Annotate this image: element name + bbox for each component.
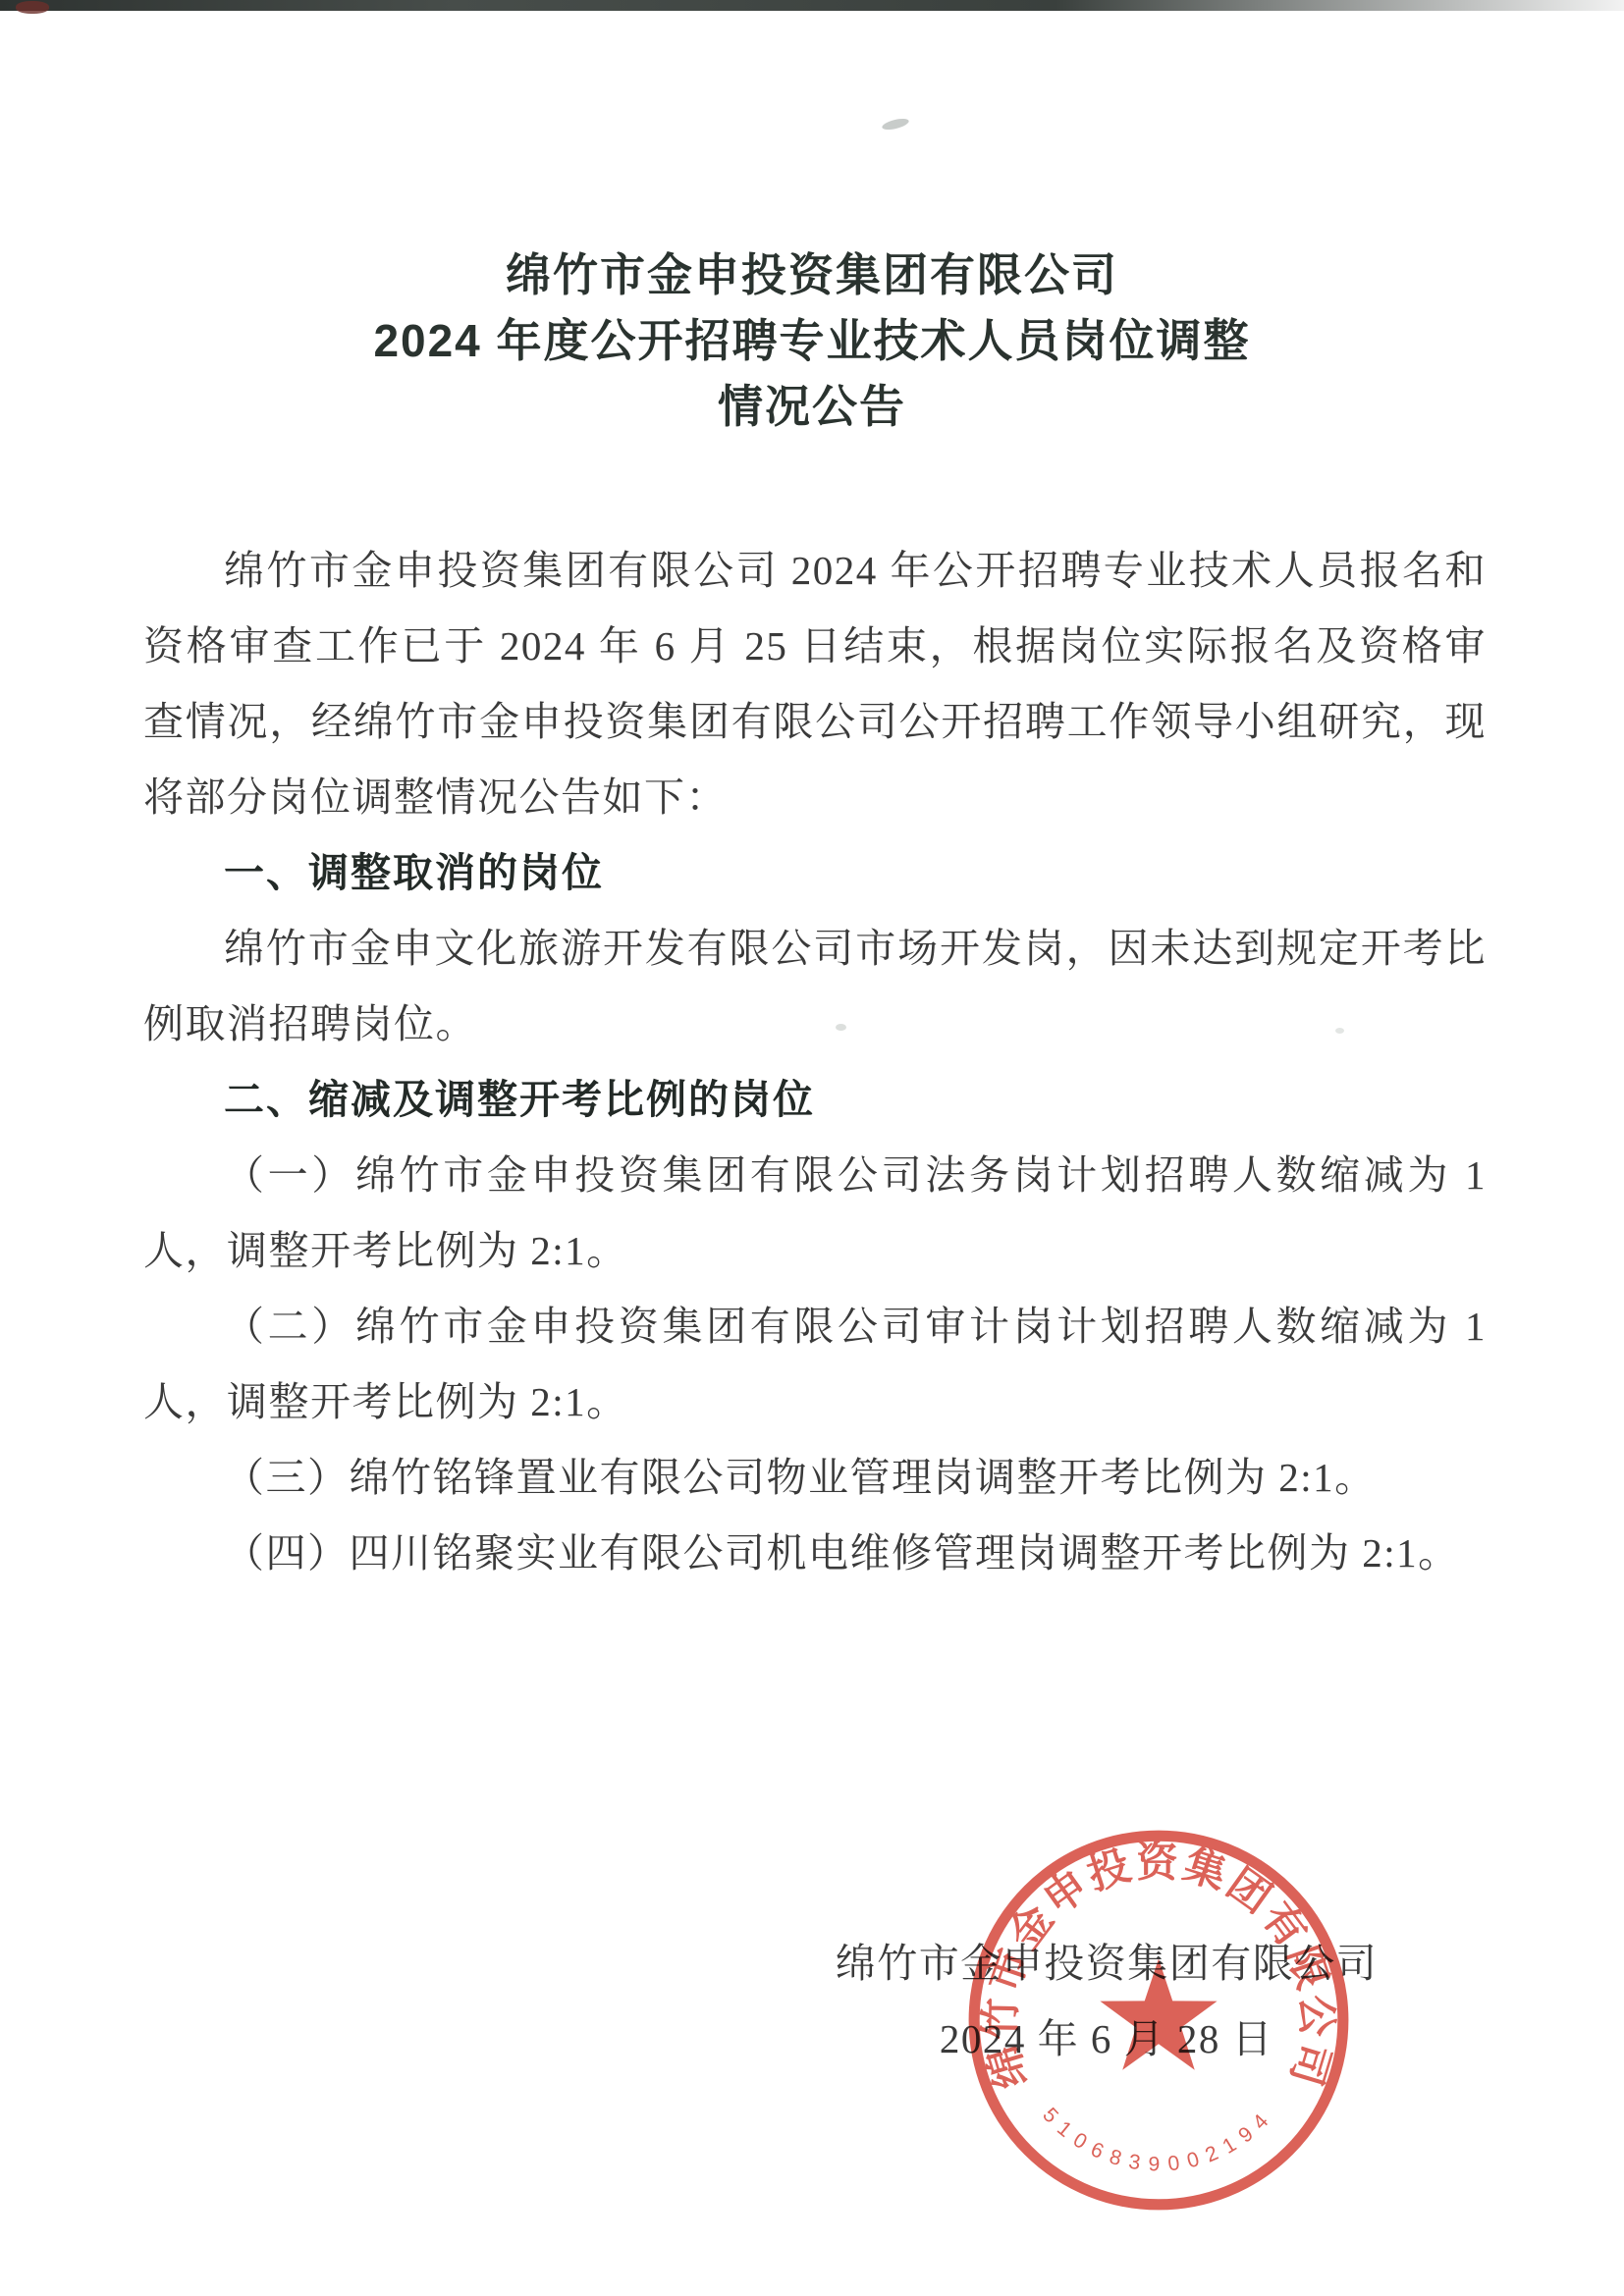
official-red-seal: 绵竹市金申投资集团有限公司 5106839002194: [960, 1822, 1357, 2218]
scan-artifact-speck: [836, 1024, 846, 1031]
document-title: 绵竹市金申投资集团有限公司 2024 年度公开招聘专业技术人员岗位调整 情况公告: [88, 242, 1536, 440]
scan-artifact-speck: [1335, 1028, 1344, 1034]
intro-paragraph: 绵竹市金申投资集团有限公司 2024 年公开招聘专业技术人员报名和资格审查工作已…: [143, 533, 1487, 835]
scan-artifact-speck: [881, 117, 909, 133]
section-2-heading: 二、缩减及调整开考比例的岗位: [143, 1062, 1487, 1138]
section-2-item-1-paragraph: （一）绵竹市金申投资集团有限公司法务岗计划招聘人数缩减为 1 人，调整开考比例为…: [143, 1138, 1487, 1289]
title-line-1: 绵竹市金申投资集团有限公司: [88, 242, 1536, 308]
seal-star-icon: [1100, 1958, 1217, 2069]
scan-artifact-corner-mark: [16, 1, 49, 14]
document-body: 绵竹市金申投资集团有限公司 2024 年公开招聘专业技术人员报名和资格审查工作已…: [143, 533, 1487, 1591]
section-1-heading: 一、调整取消的岗位: [143, 835, 1487, 911]
title-line-3: 情况公告: [88, 374, 1536, 440]
section-2-item-2-paragraph: （二）绵竹市金申投资集团有限公司审计岗计划招聘人数缩减为 1 人，调整开考比例为…: [143, 1289, 1487, 1440]
scan-artifact-top-edge: [0, 0, 1624, 11]
title-line-2: 2024 年度公开招聘专业技术人员岗位调整: [88, 308, 1536, 374]
section-2-item-3-paragraph: （三）绵竹铭锋置业有限公司物业管理岗调整开考比例为 2:1。: [143, 1440, 1487, 1516]
scanned-announcement-page: 绵竹市金申投资集团有限公司 2024 年度公开招聘专业技术人员岗位调整 情况公告…: [0, 0, 1624, 2296]
seal-code-number-text: 5106839002194: [1038, 2104, 1278, 2175]
section-1-cancelled-position-paragraph: 绵竹市金申文化旅游开发有限公司市场开发岗，因未达到规定开考比例取消招聘岗位。: [143, 911, 1487, 1062]
section-2-item-4-paragraph: （四）四川铭聚实业有限公司机电维修管理岗调整开考比例为 2:1。: [143, 1516, 1487, 1591]
